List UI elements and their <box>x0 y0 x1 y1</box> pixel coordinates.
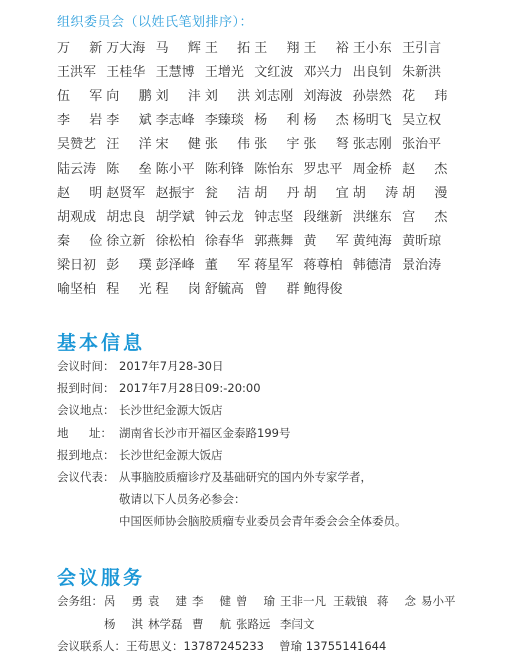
person-name: 李闫文 <box>280 616 324 632</box>
person-name: 李岩 <box>57 109 106 128</box>
meeting-place-label: 会议地点： <box>57 402 119 418</box>
meeting-time-value: 2017年7月28-30日 <box>119 358 224 374</box>
person-name: 罗忠平 <box>303 158 352 177</box>
person-name: 李健 <box>192 593 236 609</box>
person-name: 徐立新 <box>106 230 155 249</box>
person-name: 赵杰 <box>402 158 451 177</box>
person-name: 陈垒 <box>106 158 155 177</box>
address-label-a: 地 <box>57 425 69 441</box>
address-label: 地 址： <box>57 425 119 441</box>
person-name: 陈小平 <box>156 158 205 177</box>
person-name: 袁建 <box>148 593 192 609</box>
person-name: 蒋尊柏 <box>303 254 352 273</box>
person-name: 胡宜 <box>303 182 352 201</box>
person-name: 张治平 <box>402 133 451 152</box>
checkin-time-row: 报到时间： 2017年7月28日09:-20:00 <box>57 377 497 399</box>
person-name: 赵振宇 <box>156 182 205 201</box>
person-name: 万大海 <box>106 37 155 56</box>
staff-row-2: 杨淇林学磊曹航张路远李闫文 <box>57 612 497 634</box>
person-name: 王桂华 <box>106 61 155 80</box>
person-name: 彭泽峰 <box>156 254 205 273</box>
person-name: 杨淇 <box>104 616 148 632</box>
committee-title: 组织委员会（以姓氏笔划排序）： <box>57 11 253 30</box>
person-name: 钟志坚 <box>254 206 303 225</box>
person-name: 喻坚柏 <box>57 278 106 297</box>
person-name: 黄军 <box>303 230 352 249</box>
person-name: 黄纯海 <box>353 230 402 249</box>
person-name: 杨明飞 <box>353 109 402 128</box>
name-row: 王洪军王桂华王慧博王增光文红波邓兴力出良钊朱新洪 <box>57 58 457 82</box>
person-name: 向鹏 <box>106 85 155 104</box>
name-row: 李岩李斌李志峰李臻琰杨利杨杰杨明飞吴立权 <box>57 107 457 131</box>
person-name: 曹航 <box>192 616 236 632</box>
person-name: 胡学斌 <box>156 206 205 225</box>
person-name: 陈利锋 <box>205 158 254 177</box>
delegates-line3: 中国医师协会脑胶质瘤专业委员会青年委会会全体委员。 <box>57 510 497 532</box>
person-name: 王增光 <box>205 61 254 80</box>
person-name: 曾群 <box>254 278 303 297</box>
name-row: 梁日初彭璞彭泽峰董军蒋星军蒋尊柏韩德清景治涛 <box>57 252 457 276</box>
person-name: 林学磊 <box>148 616 192 632</box>
address-value: 湖南省长沙市开福区金泰路199号 <box>119 425 290 441</box>
delegates-line1: 从事脑胶质瘤诊疗及基础研究的国内外专家学者， <box>119 469 372 485</box>
person-name: 郭燕舞 <box>254 230 303 249</box>
person-name: 张志刚 <box>353 133 402 152</box>
person-name: 陆云涛 <box>57 158 106 177</box>
person-name: 胡忠良 <box>106 206 155 225</box>
checkin-time-label: 报到时间： <box>57 380 119 396</box>
person-name: 赵贤军 <box>106 182 155 201</box>
person-name: 瓮洁 <box>205 182 254 201</box>
person-name: 洪继东 <box>353 206 402 225</box>
person-name: 舒毓高 <box>205 278 254 297</box>
staff-row-1: 会务组： 呙勇袁建李健曾瑜王非一凡王载锒蒋念易小平 <box>57 590 497 612</box>
delegates-row: 会议代表： 从事脑胶质瘤诊疗及基础研究的国内外专家学者， <box>57 466 497 488</box>
contact-value: 王苟思义：13787245233 曾瑜 13755141644 <box>126 638 386 654</box>
section-title-services: 会议服务 <box>57 563 145 590</box>
person-name: 刘志刚 <box>254 85 303 104</box>
person-name: 张弩 <box>303 133 352 152</box>
person-name: 王翔 <box>254 37 303 56</box>
name-row: 喻坚柏程光程岗舒毓高曾群鲍得俊 <box>57 276 457 300</box>
person-name: 程岗 <box>156 278 205 297</box>
person-name: 王非一凡 <box>280 593 333 609</box>
person-name: 刘海波 <box>303 85 352 104</box>
address-row: 地 址： 湖南省长沙市开福区金泰路199号 <box>57 422 497 444</box>
person-name: 胡丹 <box>254 182 303 201</box>
meeting-place-row: 会议地点： 长沙世纪金源大饭店 <box>57 399 497 421</box>
person-name: 吴赞艺 <box>57 133 106 152</box>
person-name: 段继新 <box>303 206 352 225</box>
person-name: 李臻琰 <box>205 109 254 128</box>
person-name: 刘沣 <box>156 85 205 104</box>
person-name: 蒋念 <box>377 593 421 609</box>
person-name: 朱新洪 <box>402 61 451 80</box>
person-name: 张宇 <box>254 133 303 152</box>
person-name: 宫杰 <box>402 206 451 225</box>
person-name: 周金桥 <box>353 158 402 177</box>
person-name: 邓兴力 <box>303 61 352 80</box>
person-name: 王洪军 <box>57 61 106 80</box>
contact-label: 会议联系人： <box>57 638 126 654</box>
person-name: 陈怡东 <box>254 158 303 177</box>
person-name: 张路远 <box>236 616 280 632</box>
person-name: 花玮 <box>402 85 451 104</box>
meeting-time-label: 会议时间： <box>57 358 119 374</box>
committee-name-grid: 万新万大海马辉王拓王翔王裕王小东王引言王洪军王桂华王慧博王增光文红波邓兴力出良钊… <box>57 34 457 300</box>
checkin-place-row: 报到地点： 长沙世纪金源大饭店 <box>57 444 497 466</box>
person-name: 出良钊 <box>353 61 402 80</box>
address-label-b: 址： <box>89 425 112 441</box>
checkin-place-label: 报到地点： <box>57 447 119 463</box>
person-name: 王引言 <box>402 37 451 56</box>
checkin-time-value: 2017年7月28日09:-20:00 <box>119 380 261 396</box>
delegates-label: 会议代表： <box>57 469 119 485</box>
staff-label: 会务组： <box>57 593 104 609</box>
person-name: 李斌 <box>106 109 155 128</box>
person-name: 王慧博 <box>156 61 205 80</box>
name-row: 万新万大海马辉王拓王翔王裕王小东王引言 <box>57 34 457 58</box>
person-name: 景治涛 <box>402 254 451 273</box>
person-name: 曾瑜 <box>236 593 280 609</box>
person-name: 秦俭 <box>57 230 106 249</box>
person-name: 王裕 <box>303 37 352 56</box>
section-title-basic-info: 基本信息 <box>57 328 145 355</box>
person-name: 杨杰 <box>303 109 352 128</box>
person-name: 呙勇 <box>104 593 148 609</box>
person-name: 张伟 <box>205 133 254 152</box>
meeting-time-row: 会议时间： 2017年7月28-30日 <box>57 355 497 377</box>
person-name: 黄昕琼 <box>402 230 451 249</box>
name-row: 陆云涛陈垒陈小平陈利锋陈怡东罗忠平周金桥赵杰 <box>57 155 457 179</box>
person-name: 李志峰 <box>156 109 205 128</box>
person-name: 吴立权 <box>402 109 451 128</box>
person-name: 胡涛 <box>353 182 402 201</box>
services-list: 会务组： 呙勇袁建李健曾瑜王非一凡王载锒蒋念易小平 杨淇林学磊曹航张路远李闫文 … <box>57 590 497 657</box>
delegates-line2: 敬请以下人员务必参会： <box>57 488 497 510</box>
person-name: 孙崇然 <box>353 85 402 104</box>
person-name: 王小东 <box>353 37 402 56</box>
person-name: 杨利 <box>254 109 303 128</box>
person-name: 刘洪 <box>205 85 254 104</box>
person-name: 徐松柏 <box>156 230 205 249</box>
checkin-place-value: 长沙世纪金源大饭店 <box>119 447 223 463</box>
name-row: 吴赞艺汪洋宋健张伟张宇张弩张志刚张治平 <box>57 131 457 155</box>
basic-info-list: 会议时间： 2017年7月28-30日 报到时间： 2017年7月28日09:-… <box>57 355 497 533</box>
name-row: 胡观成胡忠良胡学斌钟云龙钟志坚段继新洪继东宫杰 <box>57 203 457 227</box>
person-name: 王拓 <box>205 37 254 56</box>
person-name: 文红波 <box>254 61 303 80</box>
person-name: 蒋星军 <box>254 254 303 273</box>
person-name: 王载锒 <box>333 593 377 609</box>
person-name: 钟云龙 <box>205 206 254 225</box>
name-row: 赵明赵贤军赵振宇瓮洁胡丹胡宜胡涛胡漫 <box>57 179 457 203</box>
person-name: 鲍得俊 <box>303 278 352 297</box>
person-name: 宋健 <box>156 133 205 152</box>
person-name: 伍军 <box>57 85 106 104</box>
person-name: 徐春华 <box>205 230 254 249</box>
person-name: 易小平 <box>421 593 465 609</box>
person-name: 万新 <box>57 37 106 56</box>
person-name: 韩德清 <box>353 254 402 273</box>
person-name: 汪洋 <box>106 133 155 152</box>
contact-row: 会议联系人： 王苟思义：13787245233 曾瑜 13755141644 <box>57 635 497 657</box>
name-row: 秦俭徐立新徐松柏徐春华郭燕舞黄军黄纯海黄昕琼 <box>57 228 457 252</box>
person-name: 董军 <box>205 254 254 273</box>
name-row: 伍军向鹏刘沣刘洪刘志刚刘海波孙崇然花玮 <box>57 82 457 106</box>
person-name: 马辉 <box>156 37 205 56</box>
person-name: 胡漫 <box>402 182 451 201</box>
person-name: 梁日初 <box>57 254 106 273</box>
person-name: 胡观成 <box>57 206 106 225</box>
person-name: 程光 <box>106 278 155 297</box>
meeting-place-value: 长沙世纪金源大饭店 <box>119 402 223 418</box>
person-name: 彭璞 <box>106 254 155 273</box>
person-name: 赵明 <box>57 182 106 201</box>
